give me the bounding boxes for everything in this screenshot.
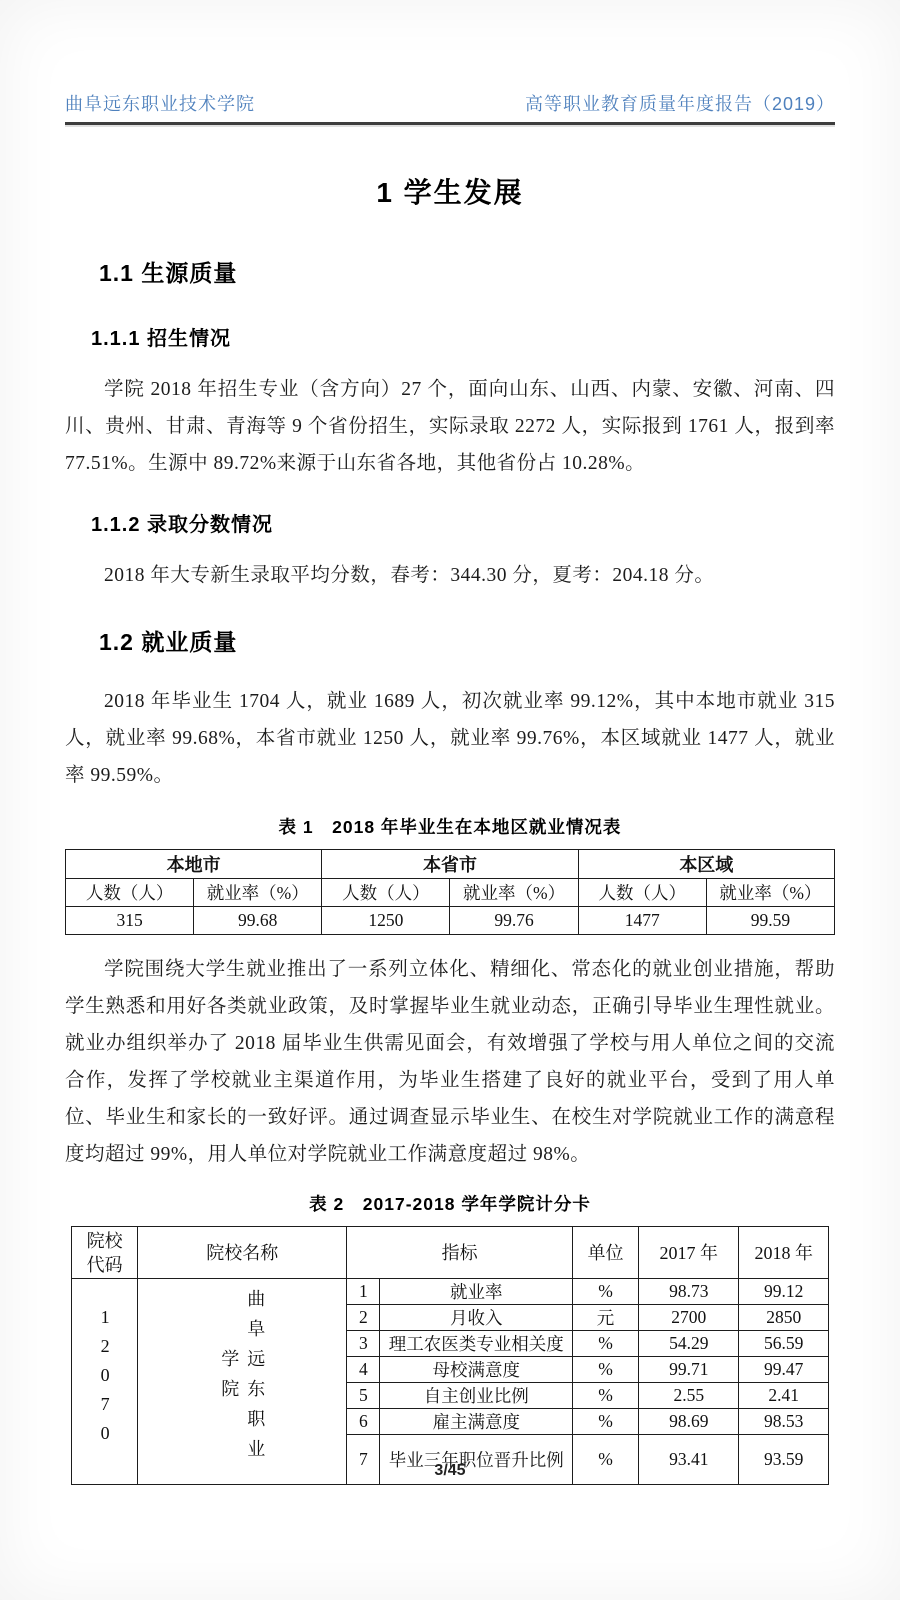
paragraph-scores: 2018 年大专新生录取平均分数，春考：344.30 分，夏考：204.18 分…: [65, 557, 835, 594]
table2-indicator: 自主创业比例: [380, 1383, 572, 1409]
table2-indicator: 月收入: [380, 1305, 572, 1331]
paragraph-measures: 学院围绕大学生就业推出了一系列立体化、精细化、常态化的就业创业措施，帮助学生熟悉…: [65, 951, 835, 1173]
chapter-title: 1 学生发展: [65, 171, 835, 211]
table-row: 院校代码 院校名称 指标 单位 2017 年 2018 年: [72, 1227, 829, 1279]
paragraph-employment: 2018 年毕业生 1704 人，就业 1689 人，初次就业率 99.12%，…: [65, 683, 835, 794]
table2-college-code: 12070: [72, 1279, 138, 1485]
table2-value-2018: 2.41: [739, 1383, 829, 1409]
table2-value-2018: 99.47: [739, 1357, 829, 1383]
table2-header-2017: 2017 年: [639, 1227, 739, 1279]
section-1-2-title: 1.2 就业质量: [99, 624, 835, 657]
section-1-1-title: 1.1 生源质量: [99, 255, 835, 288]
table2-unit: %: [572, 1279, 638, 1305]
table2-caption: 表 2 2017-2018 学年学院计分卡: [65, 1191, 835, 1216]
table1-subheader: 人数（人）: [322, 879, 450, 907]
table2-unit: 元: [572, 1305, 638, 1331]
table1-subheader: 人数（人）: [578, 879, 706, 907]
table2-value-2018: 56.59: [739, 1331, 829, 1357]
table2-value-2017: 54.29: [639, 1331, 739, 1357]
table-row: 315 99.68 1250 99.76 1477 99.59: [66, 907, 835, 935]
table1-caption: 表 1 2018 年毕业生在本地区就业情况表: [65, 814, 835, 839]
table2-row-no: 4: [347, 1357, 380, 1383]
table2-indicator: 母校满意度: [380, 1357, 572, 1383]
table1-value: 1250: [322, 907, 450, 935]
table-regional-employment: 本地市 本省市 本区域 人数（人） 就业率（%） 人数（人） 就业率（%） 人数…: [65, 849, 835, 935]
table1-subheader: 就业率（%）: [706, 879, 834, 907]
table2-header-unit: 单位: [572, 1227, 638, 1279]
page-header: 曲阜远东职业技术学院 高等职业教育质量年度报告（2019）: [65, 0, 835, 125]
table2-unit: %: [572, 1383, 638, 1409]
paragraph-enrollment: 学院 2018 年招生专业（含方向）27 个，面向山东、山西、内蒙、安徽、河南、…: [65, 371, 835, 482]
table2-row-no: 2: [347, 1305, 380, 1331]
table1-value: 99.68: [194, 907, 322, 935]
table1-subheader: 人数（人）: [66, 879, 194, 907]
page-number: 3/45: [0, 1462, 900, 1480]
table1-group-local: 本地市: [66, 850, 322, 879]
table2-value-2017: 2700: [639, 1305, 739, 1331]
header-college-name: 曲阜远东职业技术学院: [65, 90, 255, 116]
table1-group-province: 本省市: [322, 850, 578, 879]
table1-value: 99.59: [706, 907, 834, 935]
table2-value-2017: 98.73: [639, 1279, 739, 1305]
table2-value-2017: 99.71: [639, 1357, 739, 1383]
table1-subheader: 就业率（%）: [194, 879, 322, 907]
table-row: 本地市 本省市 本区域: [66, 850, 835, 879]
table1-value: 1477: [578, 907, 706, 935]
header-report-title: 高等职业教育质量年度报告（2019）: [525, 90, 835, 116]
table2-value-2018: 99.12: [739, 1279, 829, 1305]
table2-value-2018: 2850: [739, 1305, 829, 1331]
table2-unit: %: [572, 1357, 638, 1383]
table1-subheader: 就业率（%）: [450, 879, 578, 907]
table2-college-name: 曲阜远东职业学院: [138, 1279, 347, 1485]
table2-header-2018: 2018 年: [739, 1227, 829, 1279]
table2-unit: %: [572, 1331, 638, 1357]
table2-value-2017: 98.69: [639, 1409, 739, 1435]
section-1-1-2-title: 1.1.2 录取分数情况: [91, 508, 835, 537]
table2-indicator: 就业率: [380, 1279, 572, 1305]
table1-value: 99.76: [450, 907, 578, 935]
report-page: 曲阜远东职业技术学院 高等职业教育质量年度报告（2019） 1 学生发展 1.1…: [0, 0, 900, 1600]
table2-row-no: 1: [347, 1279, 380, 1305]
table2-row-no: 5: [347, 1383, 380, 1409]
table2-row-no: 3: [347, 1331, 380, 1357]
table2-unit: %: [572, 1409, 638, 1435]
table-row: 12070 曲阜远东职业学院 1 就业率 % 98.73 99.12: [72, 1279, 829, 1305]
table2-value-2018: 98.53: [739, 1409, 829, 1435]
table2-header-code: 院校代码: [72, 1227, 138, 1279]
table1-value: 315: [66, 907, 194, 935]
section-1-1-1-title: 1.1.1 招生情况: [91, 322, 835, 351]
table2-header-name: 院校名称: [138, 1227, 347, 1279]
table2-header-indicator: 指标: [347, 1227, 573, 1279]
table2-row-no: 6: [347, 1409, 380, 1435]
table-scorecard: 院校代码 院校名称 指标 单位 2017 年 2018 年 12070 曲阜远东…: [71, 1226, 829, 1485]
table2-indicator: 雇主满意度: [380, 1409, 572, 1435]
table2-value-2017: 2.55: [639, 1383, 739, 1409]
table-row: 人数（人） 就业率（%） 人数（人） 就业率（%） 人数（人） 就业率（%）: [66, 879, 835, 907]
table1-group-region: 本区域: [578, 850, 834, 879]
table2-indicator: 理工农医类专业相关度: [380, 1331, 572, 1357]
